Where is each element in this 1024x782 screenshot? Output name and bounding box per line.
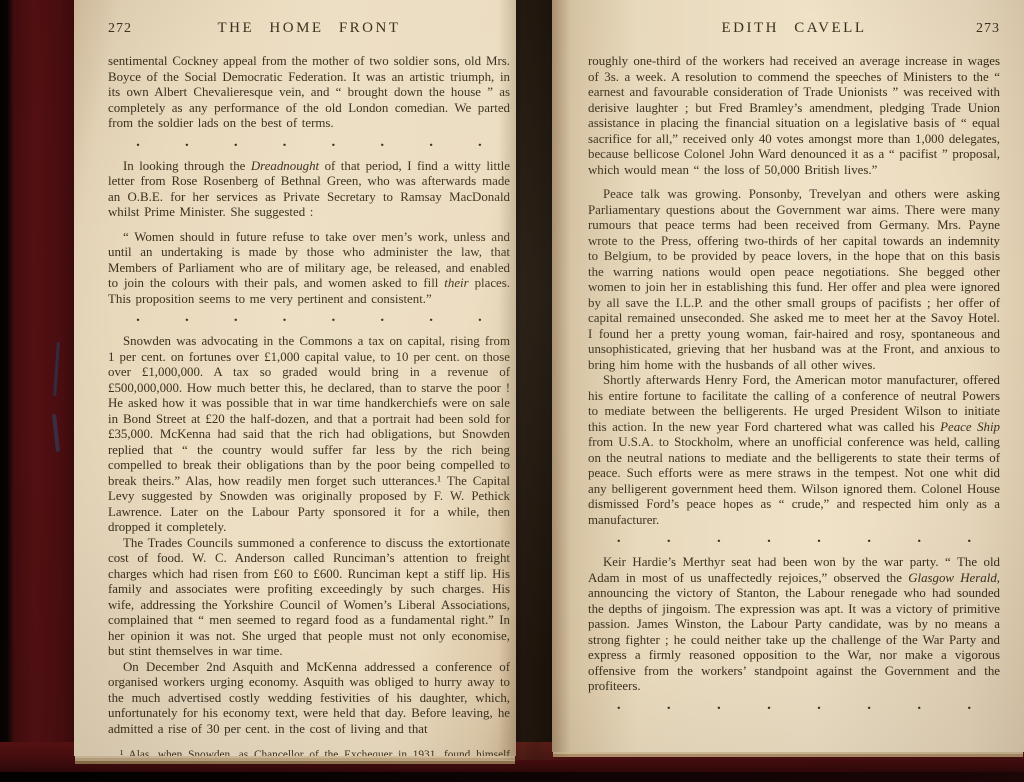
paragraph: “ Women should in future refuse to take … — [108, 230, 510, 308]
section-separator-dots: ........ — [136, 137, 482, 153]
left-page: 272 THE HOME FRONT sentimental Cockney a… — [74, 0, 516, 756]
right-page-header: EDITH CAVELL 273 — [588, 20, 1000, 54]
left-running-head: THE HOME FRONT — [108, 20, 510, 37]
right-page-body: roughly one-third of the workers had rec… — [588, 54, 1000, 716]
left-page-header: 272 THE HOME FRONT — [108, 20, 510, 54]
paragraph: roughly one-third of the workers had rec… — [588, 54, 1000, 178]
left-page-number: 272 — [108, 21, 132, 37]
paragraph: The Trades Councils summoned a conferenc… — [108, 536, 510, 660]
paragraph: Snowden was advocating in the Commons a … — [108, 334, 510, 536]
open-book-photo: 272 THE HOME FRONT sentimental Cockney a… — [0, 0, 1024, 782]
right-page: EDITH CAVELL 273 roughly one-third of th… — [552, 0, 1024, 752]
section-separator-dots: ........ — [617, 700, 971, 716]
book-cover-bottom-shadow — [0, 772, 1024, 782]
paragraph: Shortly afterwards Henry Ford, the Ameri… — [588, 373, 1000, 528]
paragraph: On December 2nd Asquith and McKenna addr… — [108, 660, 510, 738]
right-page-number: 273 — [976, 21, 1000, 37]
paragraph: Keir Hardie’s Merthyr seat had been won … — [588, 555, 1000, 695]
left-page-body: sentimental Cockney appeal from the moth… — [108, 54, 510, 737]
section-separator-dots: ........ — [617, 533, 971, 549]
paragraph: Peace talk was growing. Ponsonby, Trevel… — [588, 187, 1000, 373]
left-page-footnote: ¹ Alas, when Snowden, as Chancellor of t… — [108, 749, 510, 756]
section-separator-dots: ........ — [136, 312, 482, 328]
paragraph: sentimental Cockney appeal from the moth… — [108, 54, 510, 132]
right-running-head: EDITH CAVELL — [588, 20, 1000, 37]
paragraph: In looking through the Dreadnought of th… — [108, 159, 510, 221]
